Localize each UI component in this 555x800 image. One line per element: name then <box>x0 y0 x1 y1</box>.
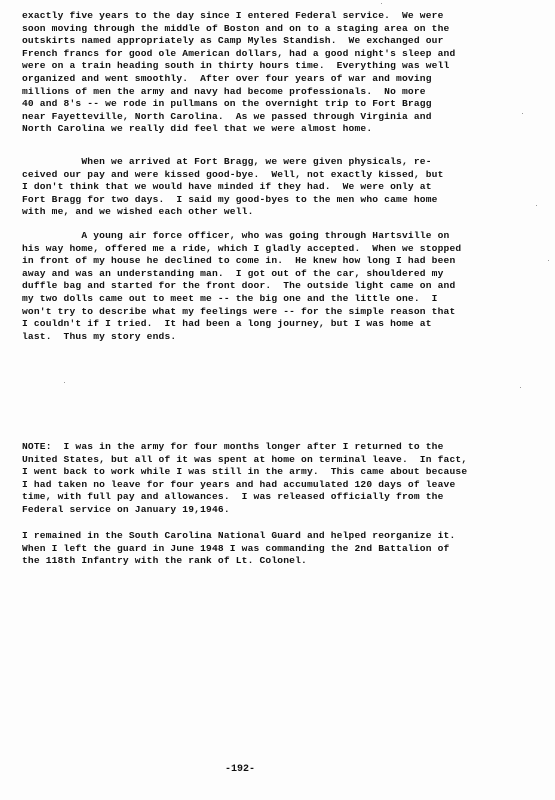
text-line: in front of my house he declined to come… <box>22 255 461 268</box>
paragraph-homecoming: A young air force officer, who was going… <box>22 230 461 343</box>
text-line: 40 and 8's -- we rode in pullmans on the… <box>22 98 455 111</box>
text-line: North Carolina we really did feel that w… <box>22 123 455 136</box>
scan-speck <box>520 387 521 388</box>
paragraph-arrival-boston: exactly five years to the day since I en… <box>22 10 455 136</box>
text-line: were on a train heading south in thirty … <box>22 60 455 73</box>
text-line: I couldn't if I tried. It had been a lon… <box>22 318 461 331</box>
text-line: exactly five years to the day since I en… <box>22 10 455 23</box>
paragraph-fort-bragg: When we arrived at Fort Bragg, we were g… <box>22 156 444 219</box>
scan-speck <box>536 205 537 206</box>
text-line: organized and went smoothly. After over … <box>22 73 455 86</box>
text-line: millions of men the army and navy had be… <box>22 86 455 99</box>
text-line: I had taken no leave for four years and … <box>22 479 467 492</box>
text-line: Fort Bragg for two days. I said my good-… <box>22 194 444 207</box>
scan-speck <box>548 260 549 261</box>
scan-speck <box>64 382 65 383</box>
document-page: exactly five years to the day since I en… <box>0 0 555 800</box>
text-line: won't try to describe what my feelings w… <box>22 306 461 319</box>
text-line: When I left the guard in June 1948 I was… <box>22 543 455 556</box>
text-line: I remained in the South Carolina Nationa… <box>22 530 455 543</box>
text-line: with me, and we wished each other well. <box>22 206 444 219</box>
scan-speck <box>522 113 523 114</box>
text-line: away and was an understanding man. I got… <box>22 268 461 281</box>
text-line: last. Thus my story ends. <box>22 331 461 344</box>
text-line: my two dolls came out to meet me -- the … <box>22 293 461 306</box>
text-line: duffle bag and started for the front doo… <box>22 280 461 293</box>
text-line: United States, but all of it was spent a… <box>22 454 467 467</box>
text-line: the 118th Infantry with the rank of Lt. … <box>22 555 455 568</box>
text-line: I don't think that we would have minded … <box>22 181 444 194</box>
text-line: French francs for good ole American doll… <box>22 48 455 61</box>
text-line: Federal service on January 19,1946. <box>22 504 467 517</box>
paragraph-note: NOTE: I was in the army for four months … <box>22 441 467 517</box>
text-line: I went back to work while I was still in… <box>22 466 467 479</box>
text-line: A young air force officer, who was going… <box>22 230 461 243</box>
text-line: When we arrived at Fort Bragg, we were g… <box>22 156 444 169</box>
page-number: -192- <box>225 764 255 775</box>
text-line: ceived our pay and were kissed good-bye.… <box>22 169 444 182</box>
text-line: time, with full pay and allowances. I wa… <box>22 491 467 504</box>
paragraph-national-guard: I remained in the South Carolina Nationa… <box>22 530 455 568</box>
text-line: near Fayetteville, North Carolina. As we… <box>22 111 455 124</box>
text-line: outskirts named appropriately as Camp My… <box>22 35 455 48</box>
text-line: his way home, offered me a ride, which I… <box>22 243 461 256</box>
text-line: soon moving through the middle of Boston… <box>22 23 455 36</box>
text-line: NOTE: I was in the army for four months … <box>22 441 467 454</box>
scan-speck <box>381 3 382 4</box>
